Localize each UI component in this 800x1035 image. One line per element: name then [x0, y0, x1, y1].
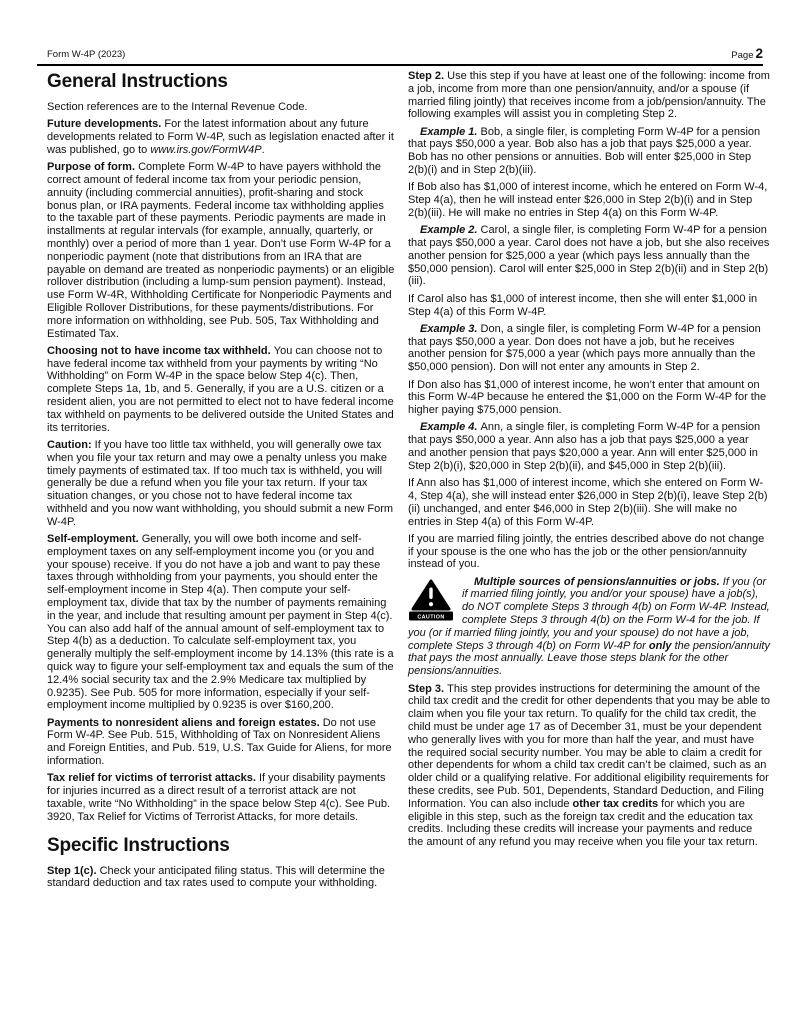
section-heading: Specific Instructions	[47, 835, 395, 857]
paragraph: Self-employment. Generally, you will owe…	[47, 533, 395, 712]
paragraph: Payments to nonresident aliens and forei…	[47, 717, 395, 768]
caution-icon-label: CAUTION	[417, 614, 444, 620]
paragraph: Tax relief for victims of terrorist atta…	[47, 772, 395, 823]
example-paragraph: Example 3. Don, a single filer, is compl…	[408, 323, 770, 374]
header-divider	[37, 64, 763, 66]
example-paragraph: Example 1. Bob, a single filer, is compl…	[408, 126, 770, 177]
left-column: General InstructionsSection references a…	[47, 70, 395, 895]
paragraph: If Bob also has $1,000 of interest incom…	[408, 181, 770, 219]
form-id: Form W-4P (2023)	[47, 49, 125, 60]
page-header: Form W-4P (2023) Page2	[47, 42, 763, 62]
paragraph: Choosing not to have income tax withheld…	[47, 345, 395, 435]
right-column: Step 2. Use this step if you have at lea…	[408, 70, 770, 853]
section-heading: General Instructions	[47, 71, 395, 93]
right-column-bottom: Step 3. This step provides instructions …	[408, 683, 770, 849]
paragraph: Step 2. Use this step if you have at lea…	[408, 70, 770, 121]
example-paragraph: Example 2. Carol, a single filer, is com…	[408, 224, 770, 288]
paragraph: If you are married filing jointly, the e…	[408, 533, 770, 571]
right-column-top: Step 2. Use this step if you have at lea…	[408, 70, 770, 571]
paragraph: Step 3. This step provides instructions …	[408, 683, 770, 849]
paragraph: Purpose of form. Complete Form W-4P to h…	[47, 161, 395, 340]
paragraph: Future developments. For the latest info…	[47, 118, 395, 156]
example-paragraph: Example 4. Ann, a single filer, is compl…	[408, 421, 770, 472]
page-label: Page	[731, 50, 753, 61]
caution-icon: CAUTION	[408, 578, 454, 622]
caution-note: CAUTION Multiple sources of pensions/ann…	[408, 576, 770, 678]
paragraph: If Don also has $1,000 of interest incom…	[408, 379, 770, 417]
paragraph: Section references are to the Internal R…	[47, 101, 395, 114]
page-indicator: Page2	[731, 46, 763, 61]
paragraph: Step 1(c). Check your anticipated filing…	[47, 865, 395, 891]
caution-text: Multiple sources of pensions/annuities o…	[408, 576, 770, 678]
page-number: 2	[755, 46, 763, 61]
paragraph: Caution: If you have too little tax with…	[47, 439, 395, 529]
paragraph: If Ann also has $1,000 of interest incom…	[408, 477, 770, 528]
document-page: Form W-4P (2023) Page2 General Instructi…	[0, 0, 800, 1035]
paragraph: If Carol also has $1,000 of interest inc…	[408, 293, 770, 319]
